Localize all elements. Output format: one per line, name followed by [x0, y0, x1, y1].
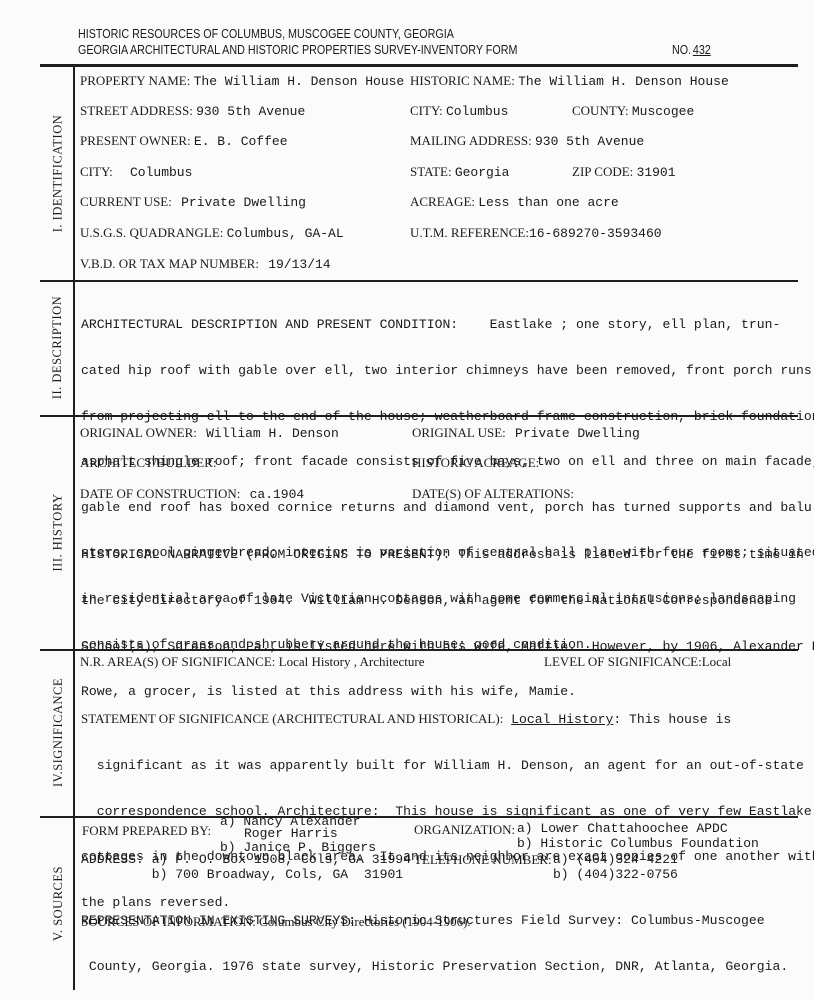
historic-acreage-field: HISTORIC ACREAGE: [412, 455, 539, 471]
street-address-value: 930 5th Avenue [196, 104, 305, 119]
property-name-field: PROPERTY NAME: The William H. Denson Hou… [80, 73, 404, 89]
organization-label: ORGANIZATION: [414, 822, 515, 838]
zip-field: ZIP CODE: 31901 [572, 164, 676, 180]
city-value: Columbus [446, 104, 508, 119]
original-owner-field: ORIGINAL OWNER: William H. Denson [80, 425, 339, 441]
state-field: STATE: Georgia [410, 164, 509, 180]
usgs-quadrangle-value: Columbus, GA-AL [227, 226, 344, 241]
address-b: b) 700 Broadway, Cols, GA 31901 [81, 867, 403, 882]
state-value: Georgia [455, 165, 510, 180]
current-use-field: CURRENT USE: Private Dwelling [80, 194, 306, 210]
representation-in-surveys: REPRESENTATION IN EXISTING SURVEYS: Hist… [81, 883, 788, 989]
tax-map-value: 19/13/14 [268, 257, 330, 272]
mailing-address-field: MAILING ADDRESS: 930 5th Avenue [410, 133, 644, 149]
nr-area-field: N.R. AREA(S) OF SIGNIFICANCE: Local Hist… [80, 654, 424, 670]
organization-a: a) Lower Chattahoochee APDC [517, 821, 728, 836]
telephone-b: b) (404)322-0756 [553, 867, 678, 882]
date-of-construction-value: ca.1904 [250, 487, 305, 502]
form-number: NO.432 [672, 43, 736, 57]
address-a: ADDRESS: a) P. O. Box 1908, Cols, GA 319… [81, 852, 411, 867]
organization-b: b) Historic Columbus Foundation [517, 836, 759, 851]
utm-reference-value: 16-689270-3593460 [529, 226, 662, 241]
dates-of-alterations-field: DATE(S) OF ALTERATIONS: [412, 486, 574, 502]
section-title-identification: I. IDENTIFICATION [44, 68, 72, 278]
property-name-value: The William H. Denson House [194, 74, 405, 89]
section-title-description: II. DESCRIPTION [44, 282, 72, 413]
sources-of-information: SOURCES OF INFORMATION: Columbus City Di… [81, 914, 471, 930]
header-divider [40, 64, 798, 67]
form-number-value: 432 [691, 43, 736, 57]
original-owner-value: William H. Denson [206, 426, 339, 441]
form-number-label: NO. [672, 43, 691, 57]
original-use-field: ORIGINAL USE: Private Dwelling [412, 425, 640, 441]
usgs-quadrangle-field: U.S.G.S. QUADRANGLE: Columbus, GA-AL [80, 225, 344, 241]
date-of-construction-field: DATE OF CONSTRUCTION: ca.1904 [80, 486, 304, 502]
section-label-divider [73, 66, 75, 990]
county-value: Muscogee [632, 104, 694, 119]
architect-builder-field: ARCHITECT/BUILDER: [80, 455, 217, 471]
telephone-label: TELEPHONE NUMBER: [414, 852, 552, 868]
historic-name-field: HISTORIC NAME: The William H. Denson Hou… [410, 73, 729, 89]
current-use-value: Private Dwelling [181, 195, 306, 210]
tax-map-field: V.B.D. OR TAX MAP NUMBER: 19/13/14 [80, 256, 331, 272]
local-history-heading: Local History [511, 712, 613, 727]
mailing-address-value: 930 5th Avenue [535, 134, 644, 149]
level-of-significance-field: LEVEL OF SIGNIFICANCE:Local [544, 654, 731, 670]
street-address-field: STREET ADDRESS: 930 5th Avenue [80, 103, 305, 119]
form-header-line2: GEORGIA ARCHITECTURAL AND HISTORIC PROPE… [78, 43, 517, 57]
owner-city-field: CITY: Columbus [80, 164, 192, 180]
original-use-value: Private Dwelling [515, 426, 640, 441]
acreage-value: Less than one acre [478, 195, 618, 210]
city-field: CITY: Columbus [410, 103, 508, 119]
section-title-significance: IV.SIGNIFICANCE [44, 651, 72, 814]
form-prepared-by-values: a) Nancy Alexander Roger Harris b) Janic… [220, 816, 376, 854]
owner-city-value: Columbus [130, 165, 192, 180]
section-title-history: III. HISTORY [44, 417, 72, 647]
county-field: COUNTY: Muscogee [572, 103, 694, 119]
preparer-a2: Roger Harris [244, 828, 376, 840]
telephone-a: a) (404)324-4221 [553, 852, 678, 867]
acreage-field: ACREAGE: Less than one acre [410, 194, 619, 210]
utm-reference-field: U.T.M. REFERENCE:16-689270-3593460 [410, 225, 662, 241]
nr-area-value: Local History , Architecture [279, 654, 425, 669]
section-divider-1 [40, 280, 798, 282]
level-of-significance-value: Local [702, 654, 732, 669]
form-prepared-by-label: FORM PREPARED BY: [82, 823, 211, 839]
present-owner-field: PRESENT OWNER: E. B. Coffee [80, 133, 288, 149]
zip-value: 31901 [637, 165, 676, 180]
section-title-sources: V. SOURCES [44, 818, 72, 988]
form-header-line1: HISTORIC RESOURCES OF COLUMBUS, MUSCOGEE… [78, 27, 454, 41]
present-owner-value: E. B. Coffee [194, 134, 288, 149]
historic-name-value: The William H. Denson House [518, 74, 729, 89]
